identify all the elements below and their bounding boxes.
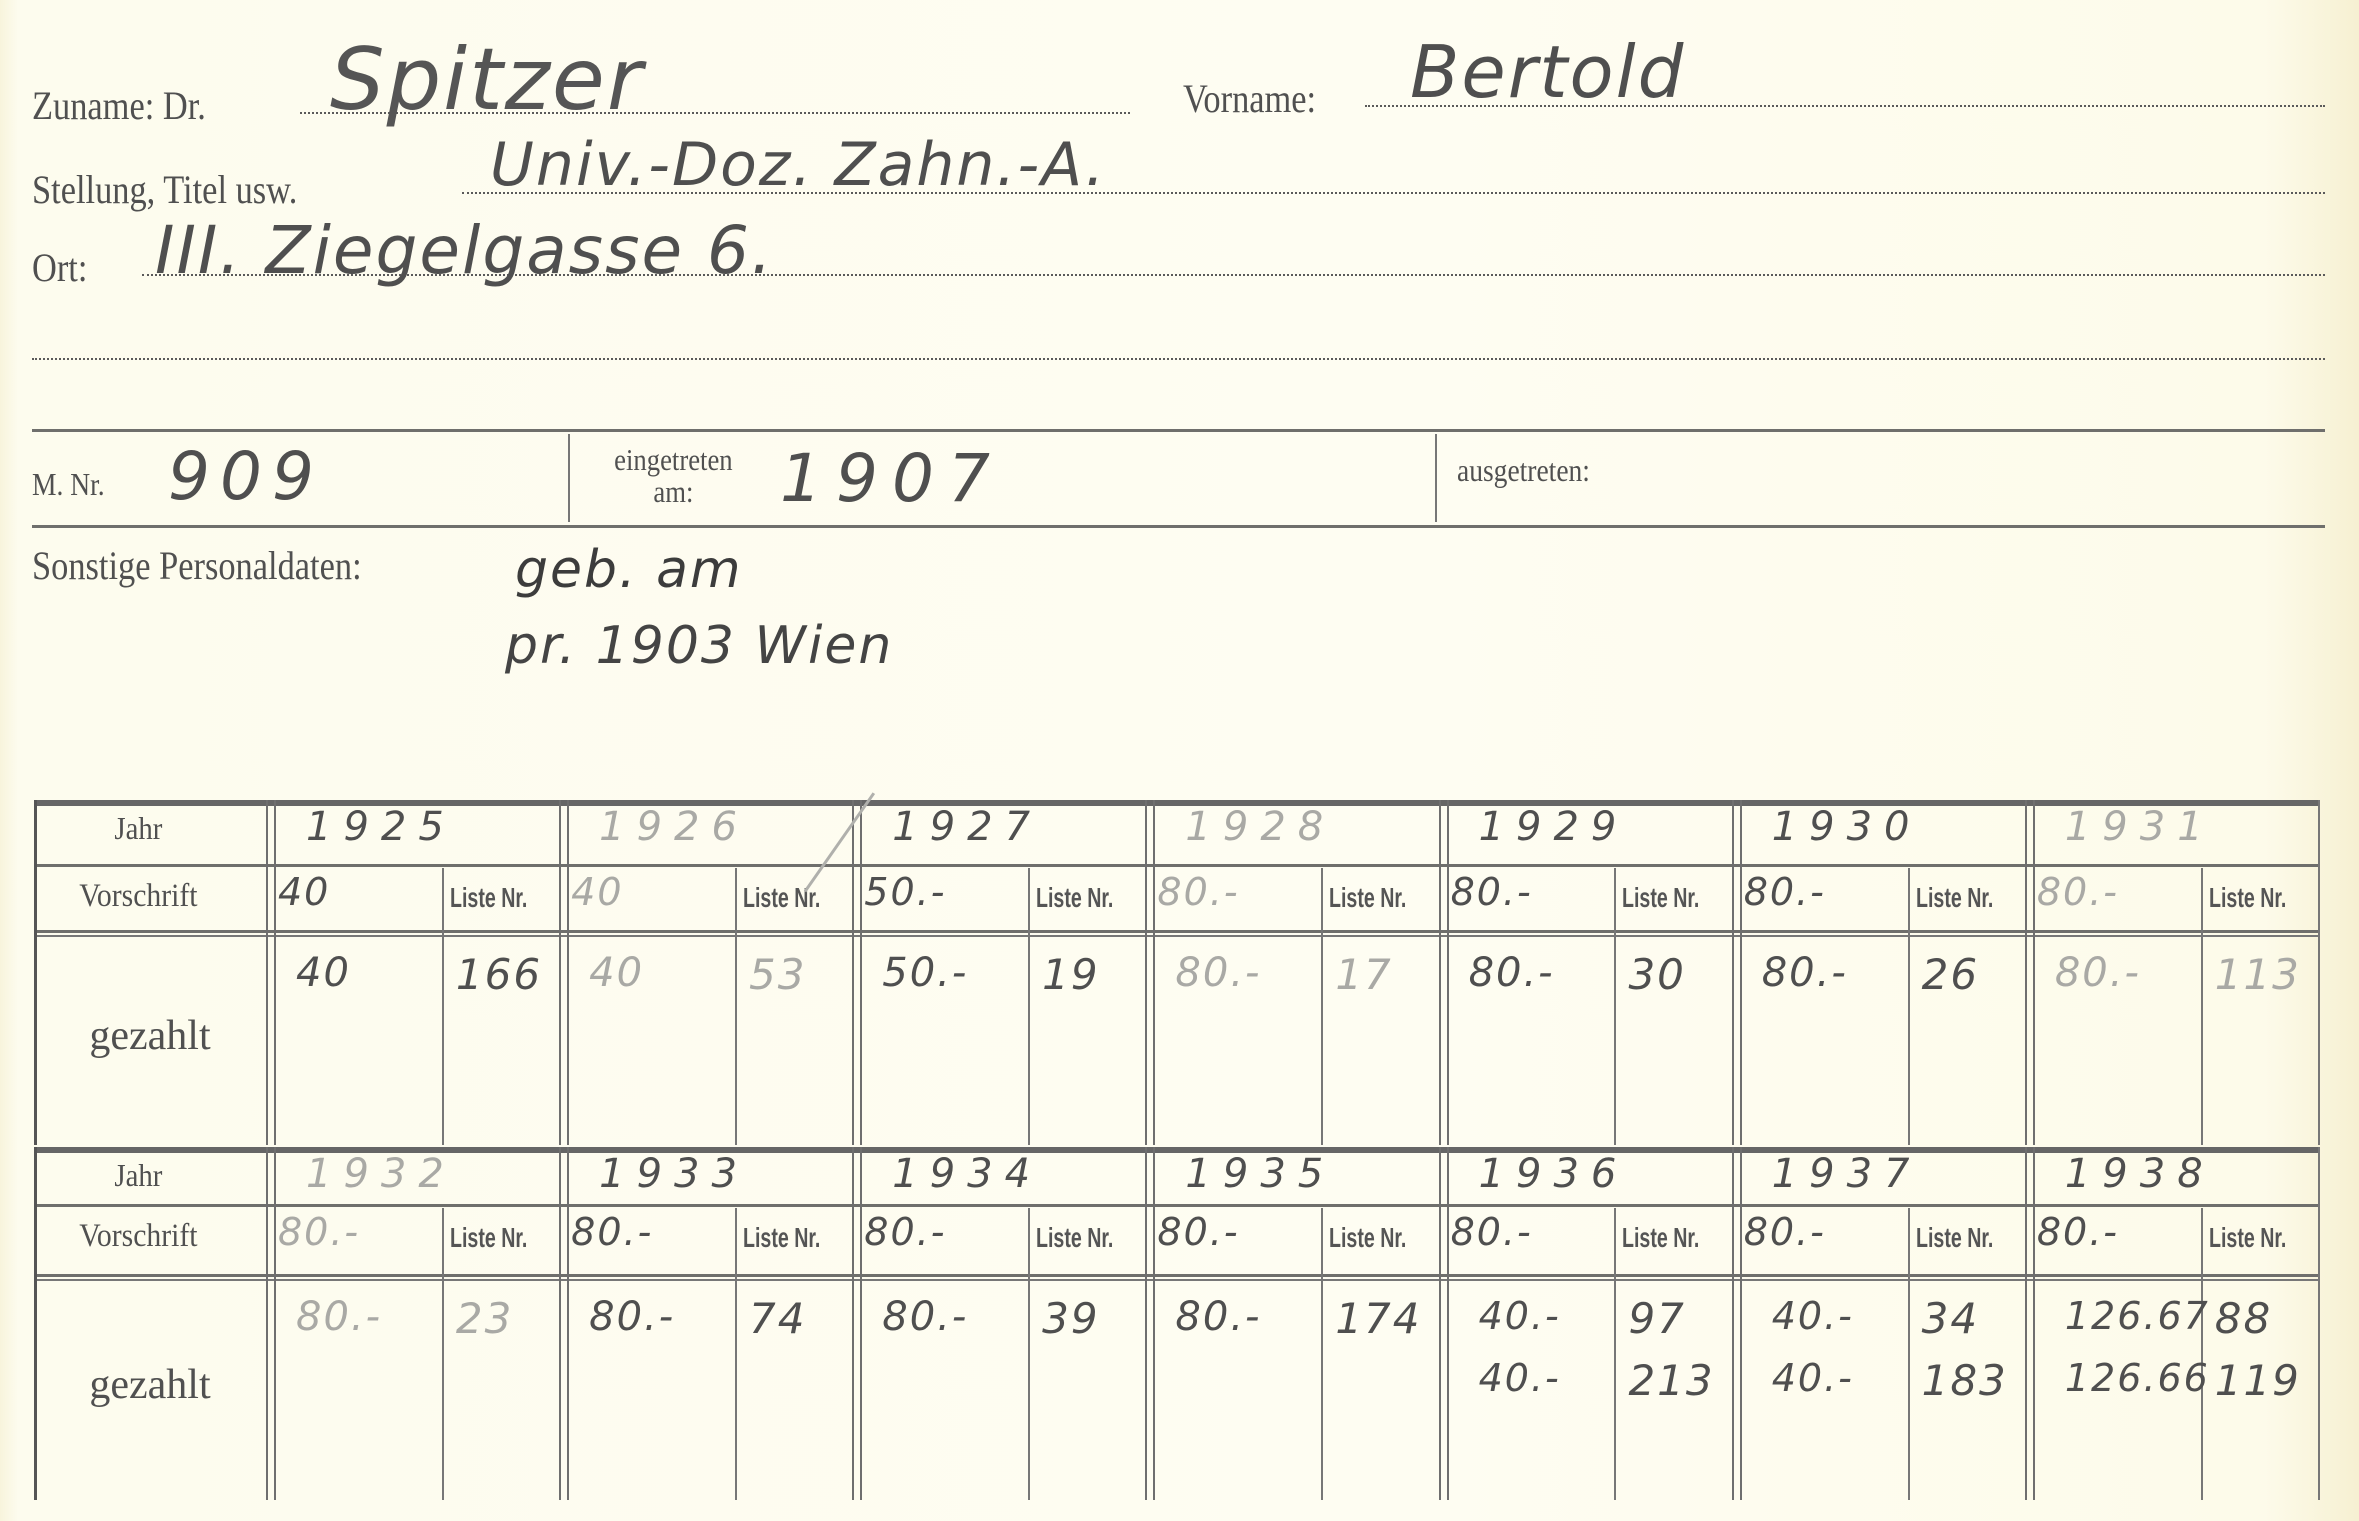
liste-number: 53 <box>749 950 806 999</box>
table1-right-border <box>2318 800 2320 1145</box>
gezahlt-amount: 80.- <box>1469 950 1555 996</box>
table1-label-divider <box>266 800 276 1145</box>
table2-block-divider <box>852 1147 862 1500</box>
vorschrift-amount: 80.- <box>864 1210 946 1254</box>
year-cell: 1928 <box>1185 804 1335 850</box>
ausgetreten-label: ausgetreten: <box>1457 452 1590 489</box>
table2-inner-divider <box>1908 1208 1910 1500</box>
table1-block-divider <box>1439 800 1449 1145</box>
year-cell: 1934 <box>892 1151 1042 1197</box>
membership-divider-2 <box>1435 434 1437 522</box>
table2-block-divider <box>2025 1147 2035 1500</box>
vorschrift-amount: 80.- <box>2037 870 2119 914</box>
gezahlt-amount: 80.- <box>296 1294 382 1340</box>
gezahlt-amount: 80.- <box>1175 950 1261 996</box>
gezahlt-amount: 80.- <box>882 1294 968 1340</box>
table2-label-divider <box>266 1147 276 1500</box>
eingetreten-value: 1907 <box>780 440 1004 517</box>
liste-number: 26 <box>1922 950 1979 999</box>
gezahlt-amount: 40 <box>296 950 351 996</box>
year-cell: 1935 <box>1185 1151 1335 1197</box>
liste-number: 113 <box>2215 950 2301 999</box>
vorschrift-amount: 80.- <box>2037 1210 2119 1254</box>
table2-vorschrift-label: Vorschrift <box>34 1218 243 1255</box>
gezahlt-amount: 126.67 <box>2065 1294 2210 1338</box>
vorschrift-amount: 50.- <box>864 870 946 914</box>
table1-gezahlt-label: gezahlt <box>34 1012 266 1060</box>
table2-inner-divider <box>442 1208 444 1500</box>
liste-number: 74 <box>749 1294 806 1343</box>
liste-nr-label: Liste Nr. <box>2209 882 2286 914</box>
table1-inner-divider <box>1028 868 1030 1145</box>
table1-jahr-label: Jahr <box>34 810 243 847</box>
gezahlt-amount: 126.66 <box>2065 1356 2210 1400</box>
liste-nr-label: Liste Nr. <box>1329 882 1406 914</box>
ort-label: Ort: <box>32 244 87 291</box>
table1-inner-divider <box>2201 868 2203 1145</box>
year-cell: 1931 <box>2065 804 2215 850</box>
gezahlt-amount: 40 <box>589 950 644 996</box>
mnr-label: M. Nr. <box>32 466 105 503</box>
liste-number: 213 <box>1628 1356 1714 1405</box>
ort-value: III. Ziegelgasse 6. <box>155 212 774 289</box>
vorschrift-amount: 80.- <box>1157 1210 1239 1254</box>
table2-block-divider <box>1732 1147 1742 1500</box>
table2-gezahlt-label: gezahlt <box>34 1361 266 1409</box>
liste-nr-label: Liste Nr. <box>1622 882 1699 914</box>
vorschrift-amount: 80.- <box>571 1210 653 1254</box>
table1-vorschrift-rule-2 <box>34 935 2318 937</box>
year-cell: 1927 <box>892 804 1042 850</box>
table1-inner-divider <box>735 868 737 1145</box>
year-cell: 1932 <box>306 1151 456 1197</box>
table2-inner-divider <box>2201 1208 2203 1500</box>
eingetreten-label: eingetreten am: <box>596 444 751 508</box>
gezahlt-amount: 80.- <box>1175 1294 1261 1340</box>
table1-block-divider <box>1145 800 1155 1145</box>
liste-number: 88 <box>2215 1294 2272 1343</box>
liste-nr-label: Liste Nr. <box>1916 882 1993 914</box>
year-cell: 1933 <box>599 1151 749 1197</box>
zuname-label: Zuname: Dr. <box>32 82 206 129</box>
vorschrift-amount: 80.- <box>1451 870 1533 914</box>
liste-nr-label: Liste Nr. <box>1036 882 1113 914</box>
table1-vorschrift-rule <box>34 930 2318 933</box>
vorschrift-amount: 80.- <box>1157 870 1239 914</box>
table1-inner-divider <box>1614 868 1616 1145</box>
vorschrift-amount: 80.- <box>1744 1210 1826 1254</box>
year-cell: 1938 <box>2065 1151 2215 1197</box>
table2-inner-divider <box>1321 1208 1323 1500</box>
table2-block-divider <box>1439 1147 1449 1500</box>
liste-number: 23 <box>456 1294 513 1343</box>
table2-jahr-rule <box>34 1204 2318 1207</box>
personal-label: Sonstige Personaldaten: <box>32 542 362 589</box>
liste-number: 97 <box>1628 1294 1685 1343</box>
table1-jahr-rule <box>34 864 2318 867</box>
liste-number: 34 <box>1922 1294 1979 1343</box>
vorschrift-amount: 80.- <box>1451 1210 1533 1254</box>
vorschrift-amount: 80.- <box>1744 870 1826 914</box>
liste-number: 30 <box>1628 950 1685 999</box>
table1-block-divider <box>559 800 569 1145</box>
liste-nr-label: Liste Nr. <box>450 882 527 914</box>
table2-vorschrift-rule <box>34 1274 2318 1277</box>
liste-nr-label: Liste Nr. <box>1622 1222 1699 1254</box>
liste-nr-label: Liste Nr. <box>1916 1222 1993 1254</box>
membership-top-rule <box>32 429 2325 432</box>
membership-divider-1 <box>568 434 570 522</box>
stellung-label: Stellung, Titel usw. <box>32 166 297 213</box>
year-cell: 1925 <box>306 804 456 850</box>
membership-bottom-rule <box>32 525 2325 528</box>
liste-number: 17 <box>1335 950 1392 999</box>
table1-block-divider <box>2025 800 2035 1145</box>
year-cell: 1930 <box>1772 804 1922 850</box>
liste-number: 19 <box>1042 950 1099 999</box>
table2-inner-divider <box>735 1208 737 1500</box>
vorname-label: Vorname: <box>1183 75 1316 122</box>
liste-nr-label: Liste Nr. <box>450 1222 527 1254</box>
membership-card: Zuname: Dr. Spitzer Vorname: Bertold Ste… <box>0 0 2359 1521</box>
gezahlt-amount: 80.- <box>1762 950 1848 996</box>
table1-inner-divider <box>442 868 444 1145</box>
liste-number: 39 <box>1042 1294 1099 1343</box>
eingetreten-label-line1: eingetreten <box>596 444 751 476</box>
vorname-value: Bertold <box>1410 30 1685 114</box>
personal-line2: pr. 1903 Wien <box>505 616 893 676</box>
personal-line1: geb. am <box>515 540 743 600</box>
gezahlt-amount: 50.- <box>882 950 968 996</box>
liste-nr-label: Liste Nr. <box>1329 1222 1406 1254</box>
gezahlt-amount: 80.- <box>2055 950 2141 996</box>
table1-inner-divider <box>1908 868 1910 1145</box>
vorschrift-amount: 40 <box>278 870 330 914</box>
table2-inner-divider <box>1614 1208 1616 1500</box>
table1-vorschrift-label: Vorschrift <box>34 878 243 915</box>
table1-inner-divider <box>1321 868 1323 1145</box>
table1-block-divider <box>1732 800 1742 1145</box>
liste-number: 174 <box>1335 1294 1421 1343</box>
table1-block-divider <box>852 800 862 1145</box>
table2-right-border <box>2318 1147 2320 1500</box>
table1-left-border <box>34 800 37 1145</box>
table2-inner-divider <box>1028 1208 1030 1500</box>
gezahlt-amount: 40.- <box>1772 1356 1854 1400</box>
gezahlt-amount: 40.- <box>1479 1356 1561 1400</box>
liste-number: 119 <box>2215 1356 2301 1405</box>
table2-left-border <box>34 1147 37 1500</box>
mnr-value: 909 <box>168 438 324 515</box>
table2-vorschrift-rule-2 <box>34 1279 2318 1281</box>
year-cell: 1926 <box>599 804 749 850</box>
eingetreten-label-line2: am: <box>596 476 751 508</box>
year-cell: 1929 <box>1479 804 1629 850</box>
extra-line <box>32 358 2325 360</box>
liste-nr-label: Liste Nr. <box>1036 1222 1113 1254</box>
liste-nr-label: Liste Nr. <box>743 1222 820 1254</box>
gezahlt-amount: 80.- <box>589 1294 675 1340</box>
year-cell: 1936 <box>1479 1151 1629 1197</box>
table2-jahr-label: Jahr <box>34 1157 243 1194</box>
liste-nr-label: Liste Nr. <box>2209 1222 2286 1254</box>
table2-block-divider <box>1145 1147 1155 1500</box>
gezahlt-amount: 40.- <box>1479 1294 1561 1338</box>
stellung-value: Univ.-Doz. Zahn.-A. <box>490 130 1106 200</box>
gezahlt-amount: 40.- <box>1772 1294 1854 1338</box>
vorschrift-amount: 40 <box>571 870 623 914</box>
table2-block-divider <box>559 1147 569 1500</box>
zuname-value: Spitzer <box>330 30 644 130</box>
liste-number: 166 <box>456 950 542 999</box>
vorschrift-amount: 80.- <box>278 1210 360 1254</box>
liste-number: 183 <box>1922 1356 2008 1405</box>
year-cell: 1937 <box>1772 1151 1922 1197</box>
